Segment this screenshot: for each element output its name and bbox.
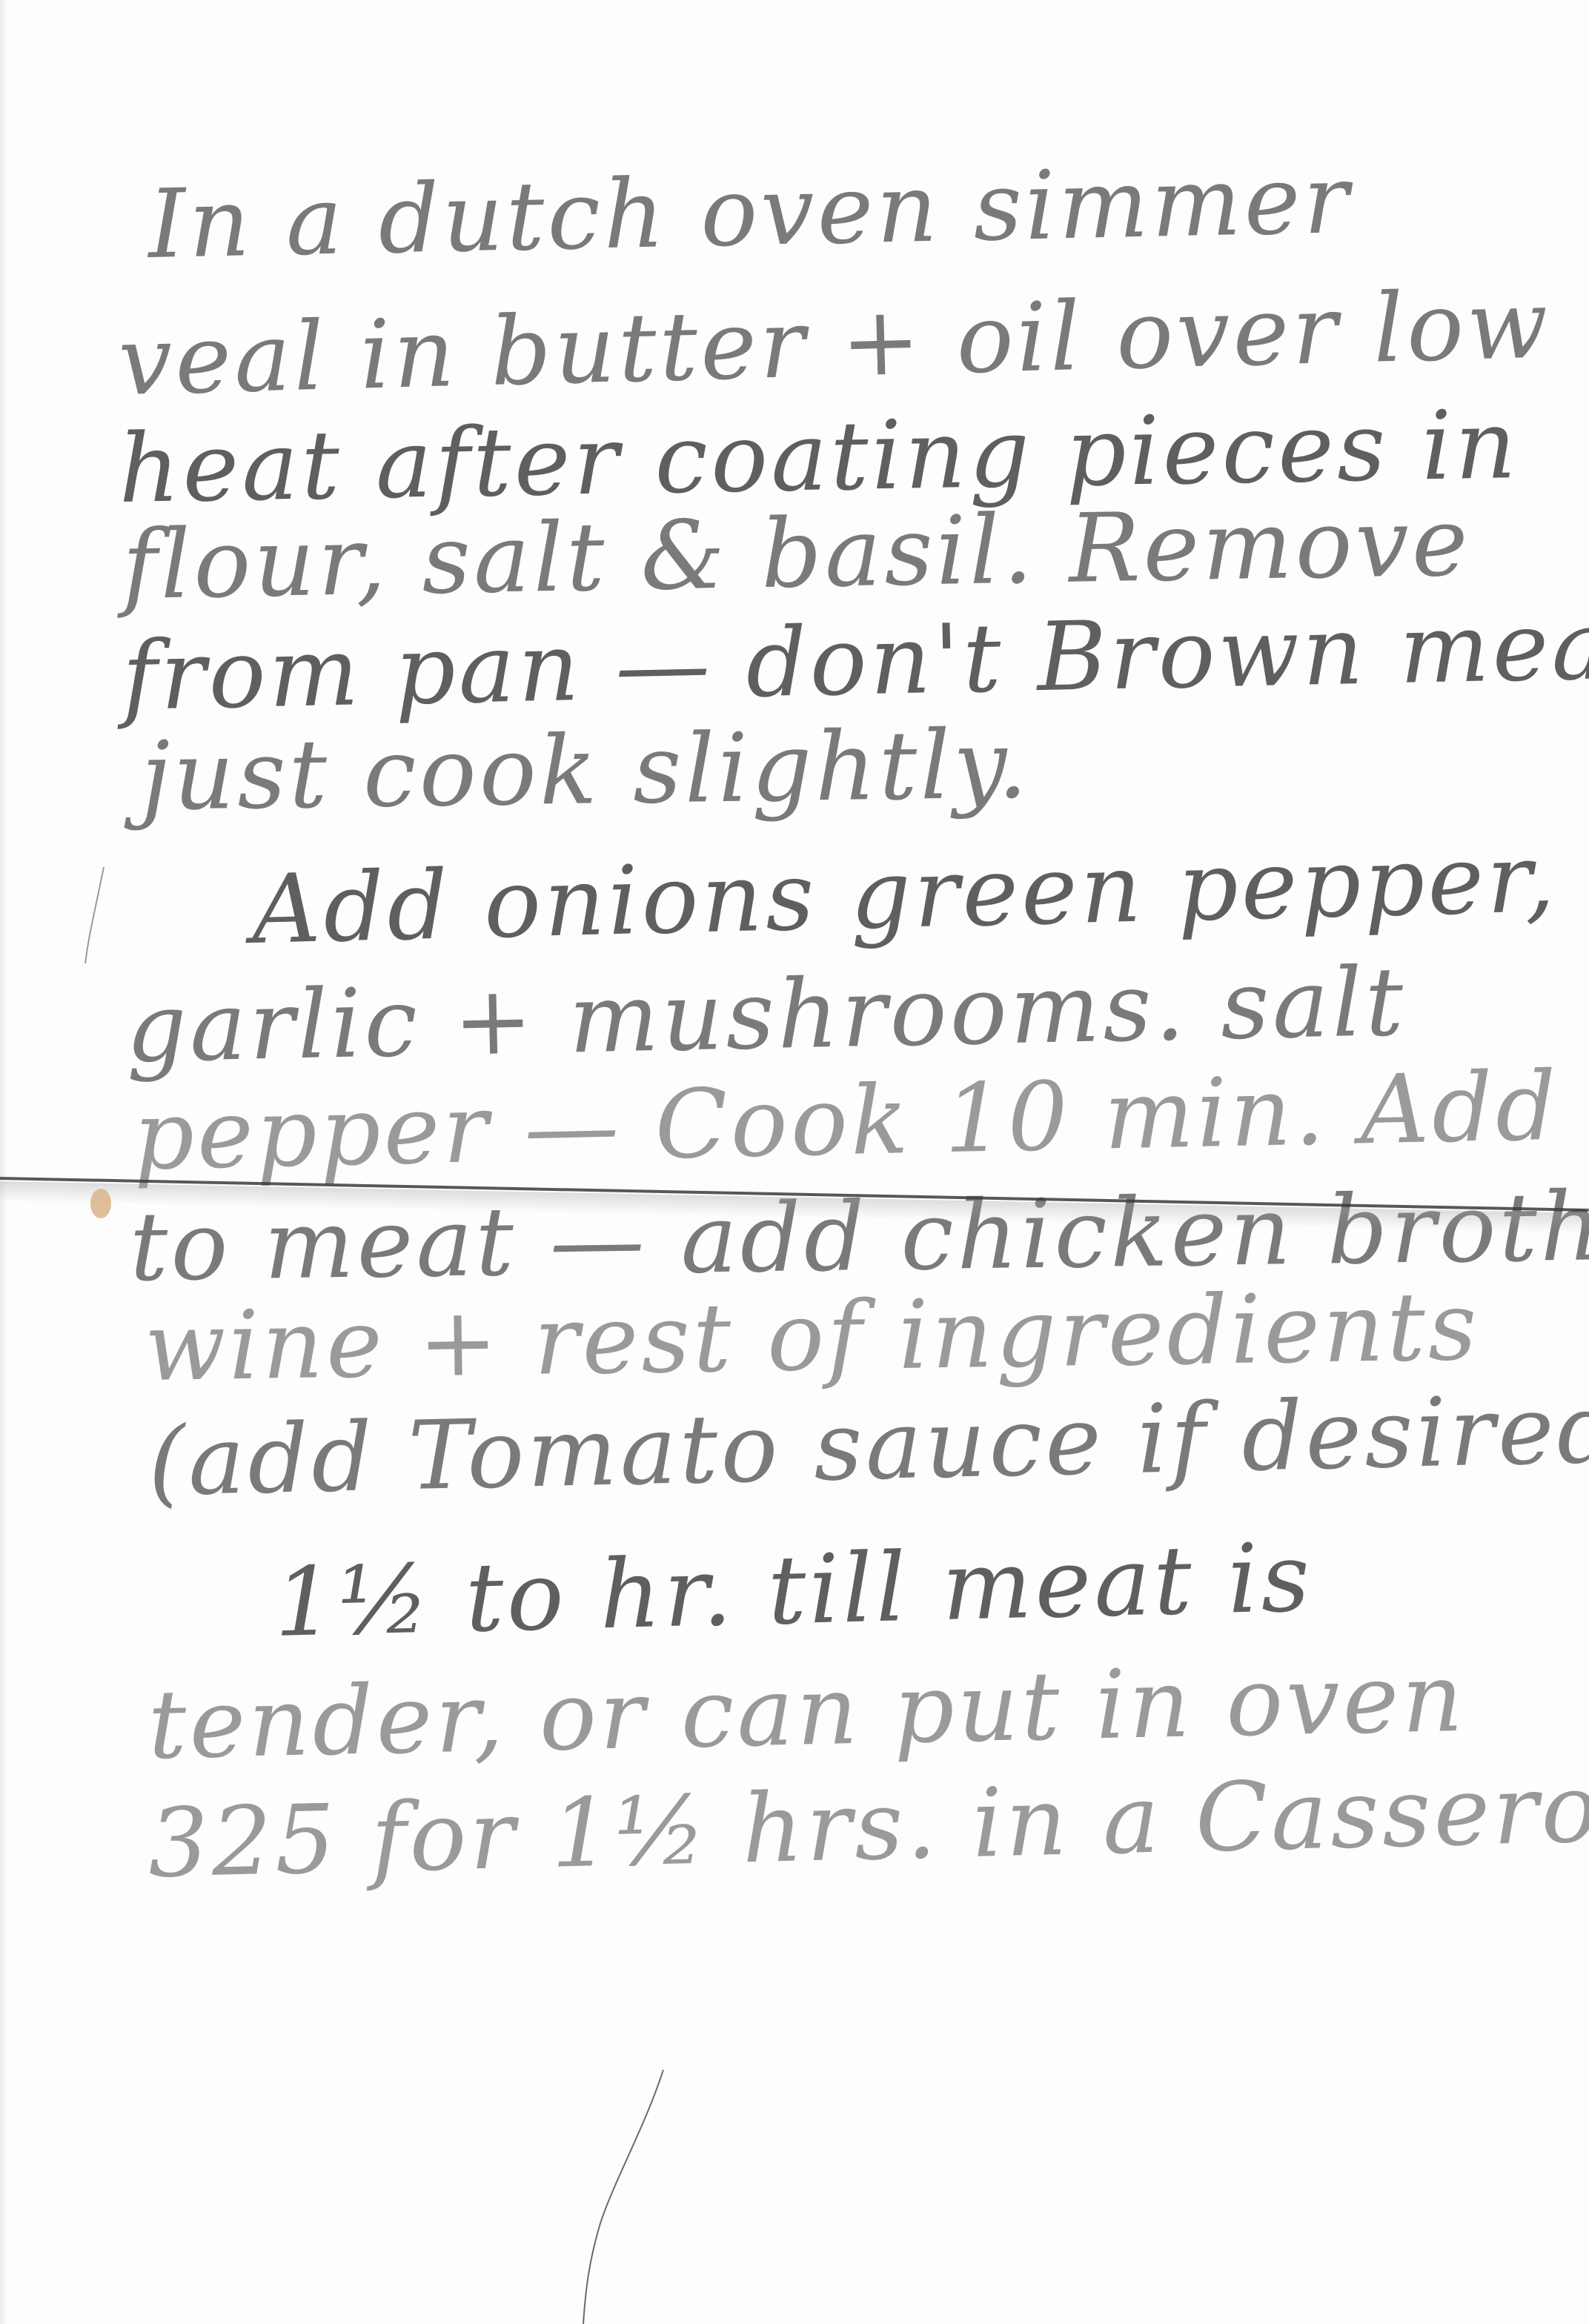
recipe-line: 1½ to hr. till meat is [273,1531,1313,1651]
tan-stain [90,1189,111,1218]
recipe-line: tender, or can put in oven [147,1651,1467,1773]
recipe-line: In a dutch oven simmer [147,153,1353,273]
recipe-line: wine + rest of ingredients [144,1280,1480,1395]
recipe-line: pepper — Cook 10 min. Add [133,1060,1560,1184]
recipe-line: flour, salt & basil. Remove [122,495,1472,614]
recipe-line: just cook slightly. [140,717,1031,825]
recipe-line: from pan — don't Brown meat [122,598,1589,725]
paper-left-edge [0,0,7,2324]
